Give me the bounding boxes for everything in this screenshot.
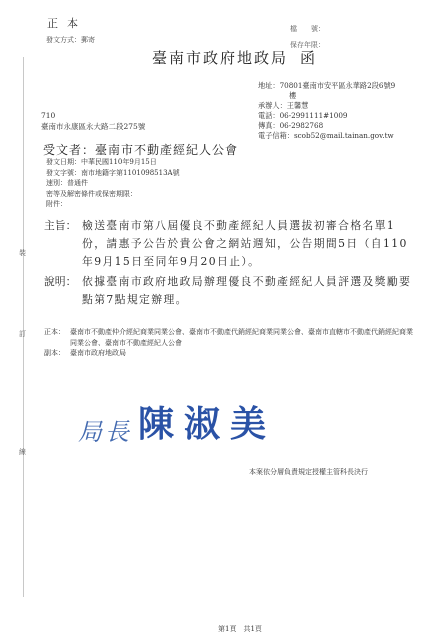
sender-contact-block: 地址：70801臺南市安平區永華路2段6號9 樓 承辦人：王馨慧 電話：06-2… [258,81,395,141]
file-number-label: 檔 號： [290,24,325,34]
document-number: 發文字號：南市地籍字第1101098513A號 [46,168,180,179]
attachments: 附件： [46,199,180,210]
distribution-list: 正本： 臺南市不動產仲介經紀商業同業公會、臺南市不動產代銷經紀商業同業公會、臺南… [44,327,414,359]
delegation-note: 本案依分層負責規定授權主管科長決行 [249,467,368,477]
phone-number: 電話：06-2991111#1009 [258,111,395,121]
agency-name: 臺南市政府地政局 [152,49,288,67]
copy-type-label: 正本 [47,15,87,31]
document-meta: 發文日期：中華民國110年9月15日 發文字號：南市地籍字第1101098513… [46,157,180,210]
explanation-label: 說明： [44,273,82,309]
recipient-address: 臺南市永康區永大路二段275號 [41,121,145,132]
signature-title: 局長 [78,418,132,446]
original-text: 臺南市不動產仲介經紀商業同業公會、臺南市不動產代銷經紀商業同業公會、臺南市直轄市… [70,327,414,348]
subject-label: 主旨： [44,217,82,272]
recipient-zip: 710 [41,111,55,120]
issue-date: 發文日期：中華民國110年9月15日 [46,157,180,168]
document-title: 臺南市政府地政局函 [152,47,317,68]
recipient-name: 受文者：臺南市不動產經紀人公會 [43,141,238,158]
secrecy-level: 密等及解密條件或保密期限： [46,189,180,200]
copy-recipients: 副本： 臺南市政府地政局 [44,348,414,359]
binding-mark-top: 裝 [19,248,26,258]
binding-mark-middle: 訂 [19,329,26,339]
director-signature: 局長陳淑美 [78,396,276,447]
page-indicator: 第1頁 共1頁 [218,624,262,634]
sender-address: 地址：70801臺南市安平區永華路2段6號9 [258,81,395,91]
document-body: 主旨： 檢送臺南市第八屆優良不動產經紀人員選拔初審合格名單1份，請惠予公告於貴公… [44,217,414,310]
explanation-text: 依據臺南市政府地政局辦理優良不動產經紀人員評選及獎勵要點第7點規定辦理。 [82,273,414,309]
contact-person: 承辦人：王馨慧 [258,101,395,111]
email-address: 電子信箱：scob52@mail.tainan.gov.tw [258,131,395,141]
copy-text: 臺南市政府地政局 [70,348,414,359]
original-recipients: 正本： 臺南市不動產仲介經紀商業同業公會、臺南市不動產代銷經紀商業同業公會、臺南… [44,327,414,348]
subject-paragraph: 主旨： 檢送臺南市第八屆優良不動產經紀人員選拔初審合格名單1份，請惠予公告於貴公… [44,217,414,272]
binding-line [23,57,24,597]
binding-mark-bottom: 線 [19,447,26,457]
subject-text: 檢送臺南市第八屆優良不動產經紀人員選拔初審合格名單1份，請惠予公告於貴公會之網站… [82,217,414,272]
fax-number: 傳真：06-2982768 [258,121,395,131]
original-label: 正本： [44,327,70,348]
explanation-paragraph: 說明： 依據臺南市政府地政局辦理優良不動產經紀人員評選及獎勵要點第7點規定辦理。 [44,273,414,309]
send-method: 發文方式：郵寄 [46,35,95,45]
sender-address-cont: 樓 [258,91,395,101]
document-kind: 函 [300,49,317,67]
copy-label: 副本： [44,348,70,359]
signature-name: 陳淑美 [138,403,276,445]
delivery-speed: 速別：普通件 [46,178,180,189]
